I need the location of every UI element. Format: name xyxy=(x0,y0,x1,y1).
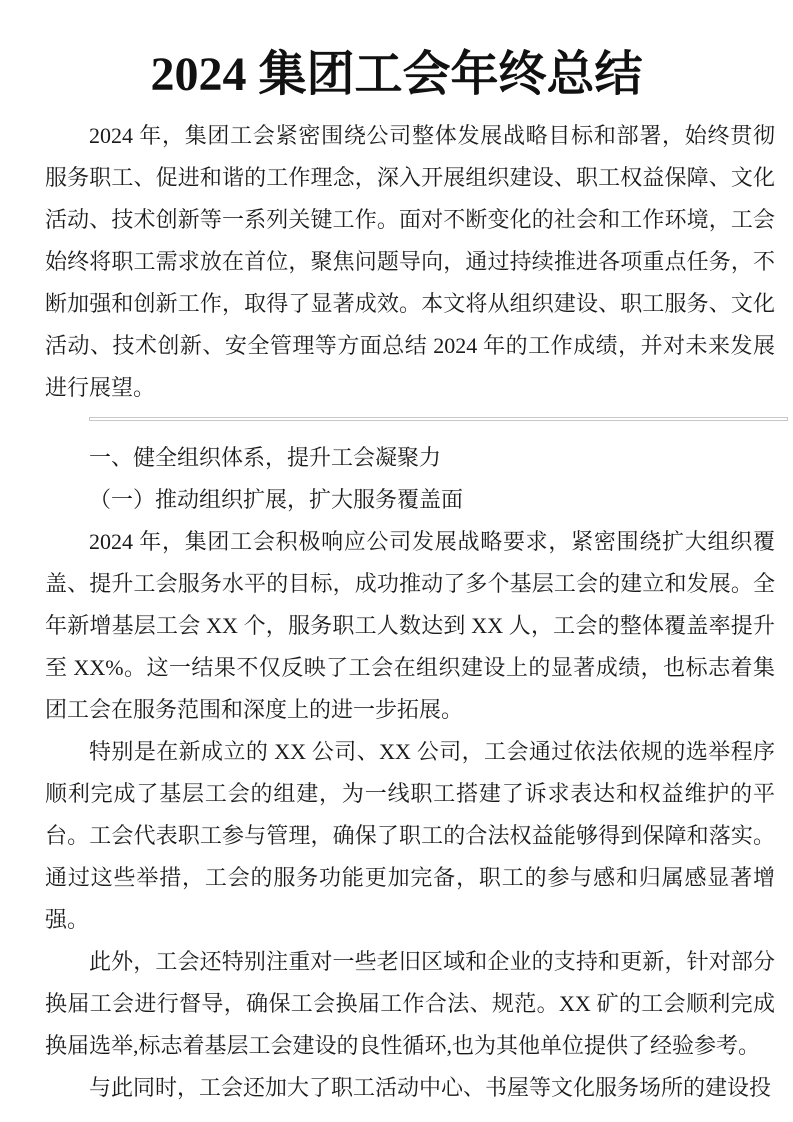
document-title: 2024 集团工会年终总结 xyxy=(30,0,763,108)
horizontal-divider xyxy=(89,417,788,421)
intro-paragraph: 2024 年，集团工会紧密围绕公司整体发展战略目标和部署，始终贯彻服务职工、促进… xyxy=(45,115,775,409)
paragraph-reelection: 此外，工会还特别注重对一些老旧区域和企业的支持和更新，针对部分换届工会进行督导，… xyxy=(45,941,775,1067)
paragraph-new-companies: 特别是在新成立的 XX 公司、XX 公司，工会通过依法依规的选举程序顺利完成了基… xyxy=(45,731,775,941)
document-page: 2024 集团工会年终总结 2024 年，集团工会紧密围绕公司整体发展战略目标和… xyxy=(0,0,793,1122)
paragraph-facilities: 与此同时，工会还加大了职工活动中心、书屋等文化服务场所的建设投 xyxy=(45,1067,775,1109)
section-subheading: （一）推动组织扩展，扩大服务覆盖面 xyxy=(45,479,775,521)
section-heading: 一、健全组织体系，提升工会凝聚力 xyxy=(45,437,775,479)
paragraph-coverage: 2024 年，集团工会积极响应公司发展战略要求，紧密围绕扩大组织覆盖、提升工会服… xyxy=(45,521,775,731)
